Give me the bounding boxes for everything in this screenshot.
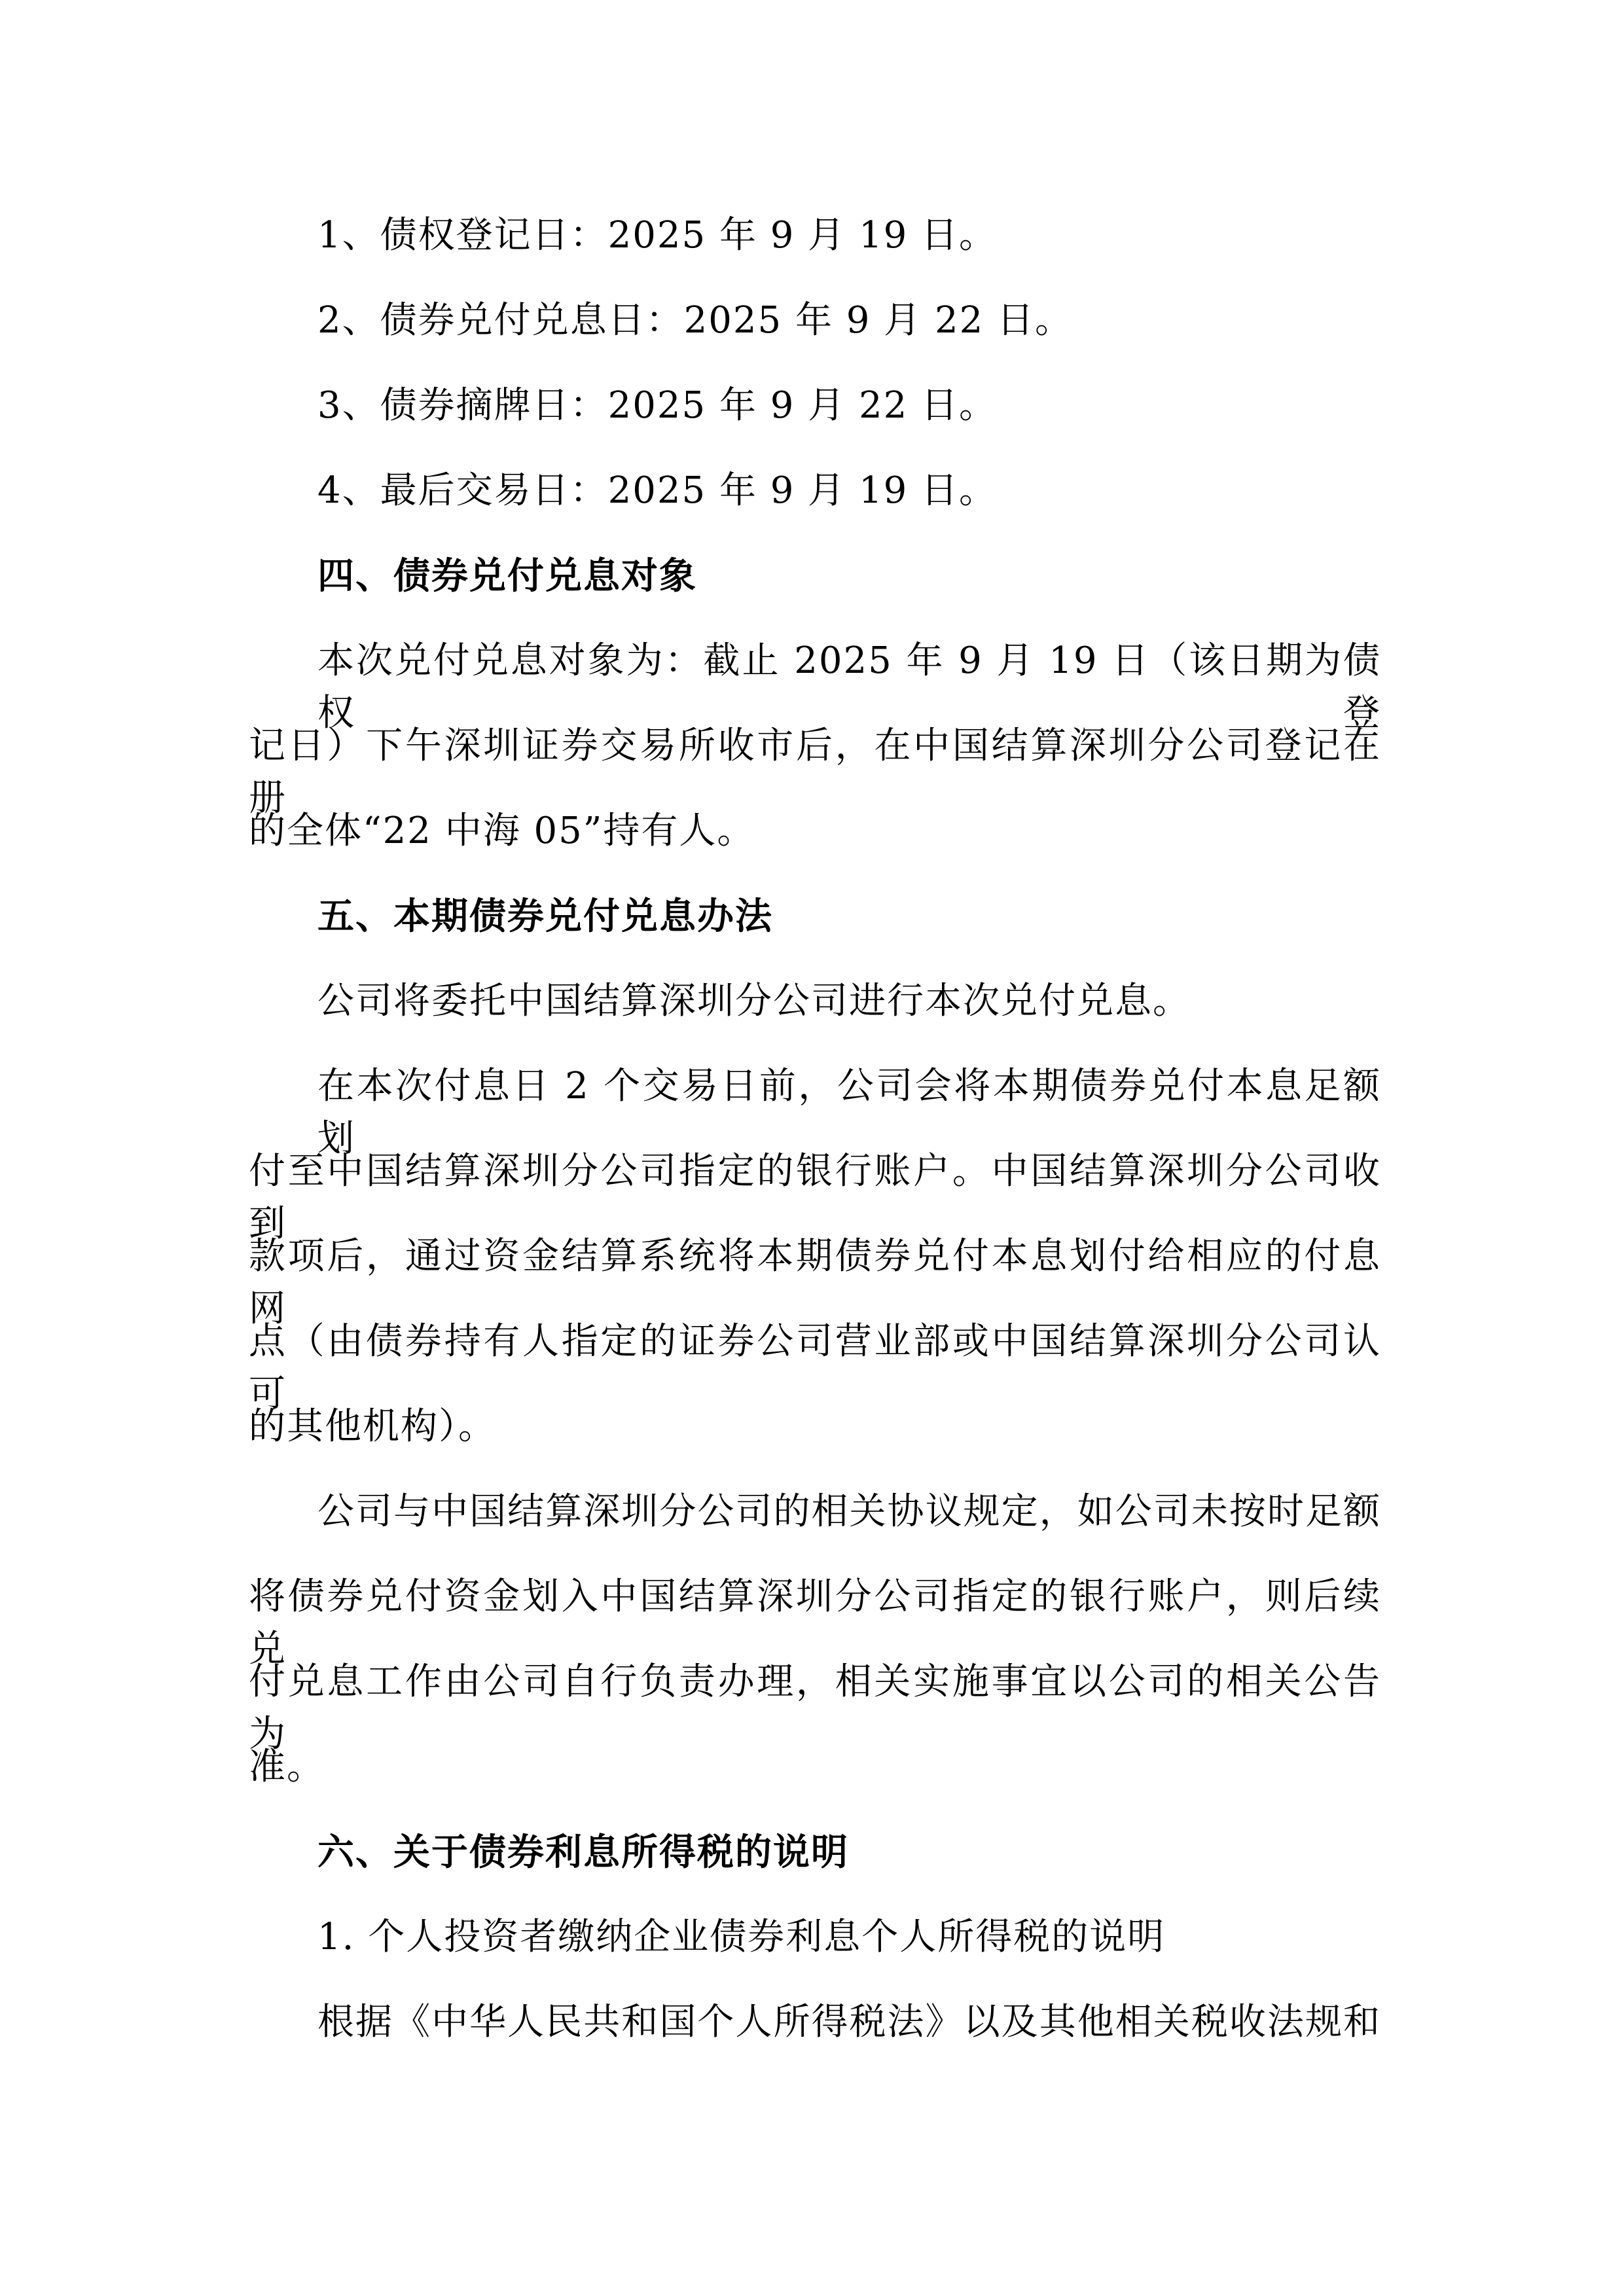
- paragraph-line: 根据《中华人民共和国个人所得税法》以及其他相关税收法规和: [317, 1996, 1381, 2049]
- section-heading-6: 六、关于债券利息所得税的说明: [317, 1826, 1381, 1878]
- date-item-last-trading: 4、最后交易日：2025 年 9 月 19 日。: [317, 465, 1381, 517]
- paragraph-line: 的其他机构）。: [249, 1401, 1381, 1453]
- section-heading-4: 四、债券兑付兑息对象: [317, 550, 1381, 602]
- paragraph-line: 准。: [249, 1741, 1381, 1793]
- date-item-delisting: 3、债券摘牌日：2025 年 9 月 22 日。: [317, 380, 1381, 432]
- paragraph-line: 的全体“22 中海 05”持有人。: [249, 805, 1381, 857]
- paragraph-line: 公司将委托中国结算深圳分公司进行本次兑付兑息。: [317, 975, 1381, 1028]
- section-heading-5: 五、本期债券兑付兑息办法: [317, 890, 1381, 942]
- paragraph-line: 公司与中国结算深圳分公司的相关协议规定，如公司未按时足额: [317, 1486, 1381, 1538]
- date-item-registration: 1、债权登记日：2025 年 9 月 19 日。: [317, 209, 1381, 262]
- date-item-payment: 2、债券兑付兑息日：2025 年 9 月 22 日。: [317, 295, 1381, 347]
- subheading-1: 1. 个人投资者缴纳企业债券利息个人所得税的说明: [317, 1911, 1381, 1964]
